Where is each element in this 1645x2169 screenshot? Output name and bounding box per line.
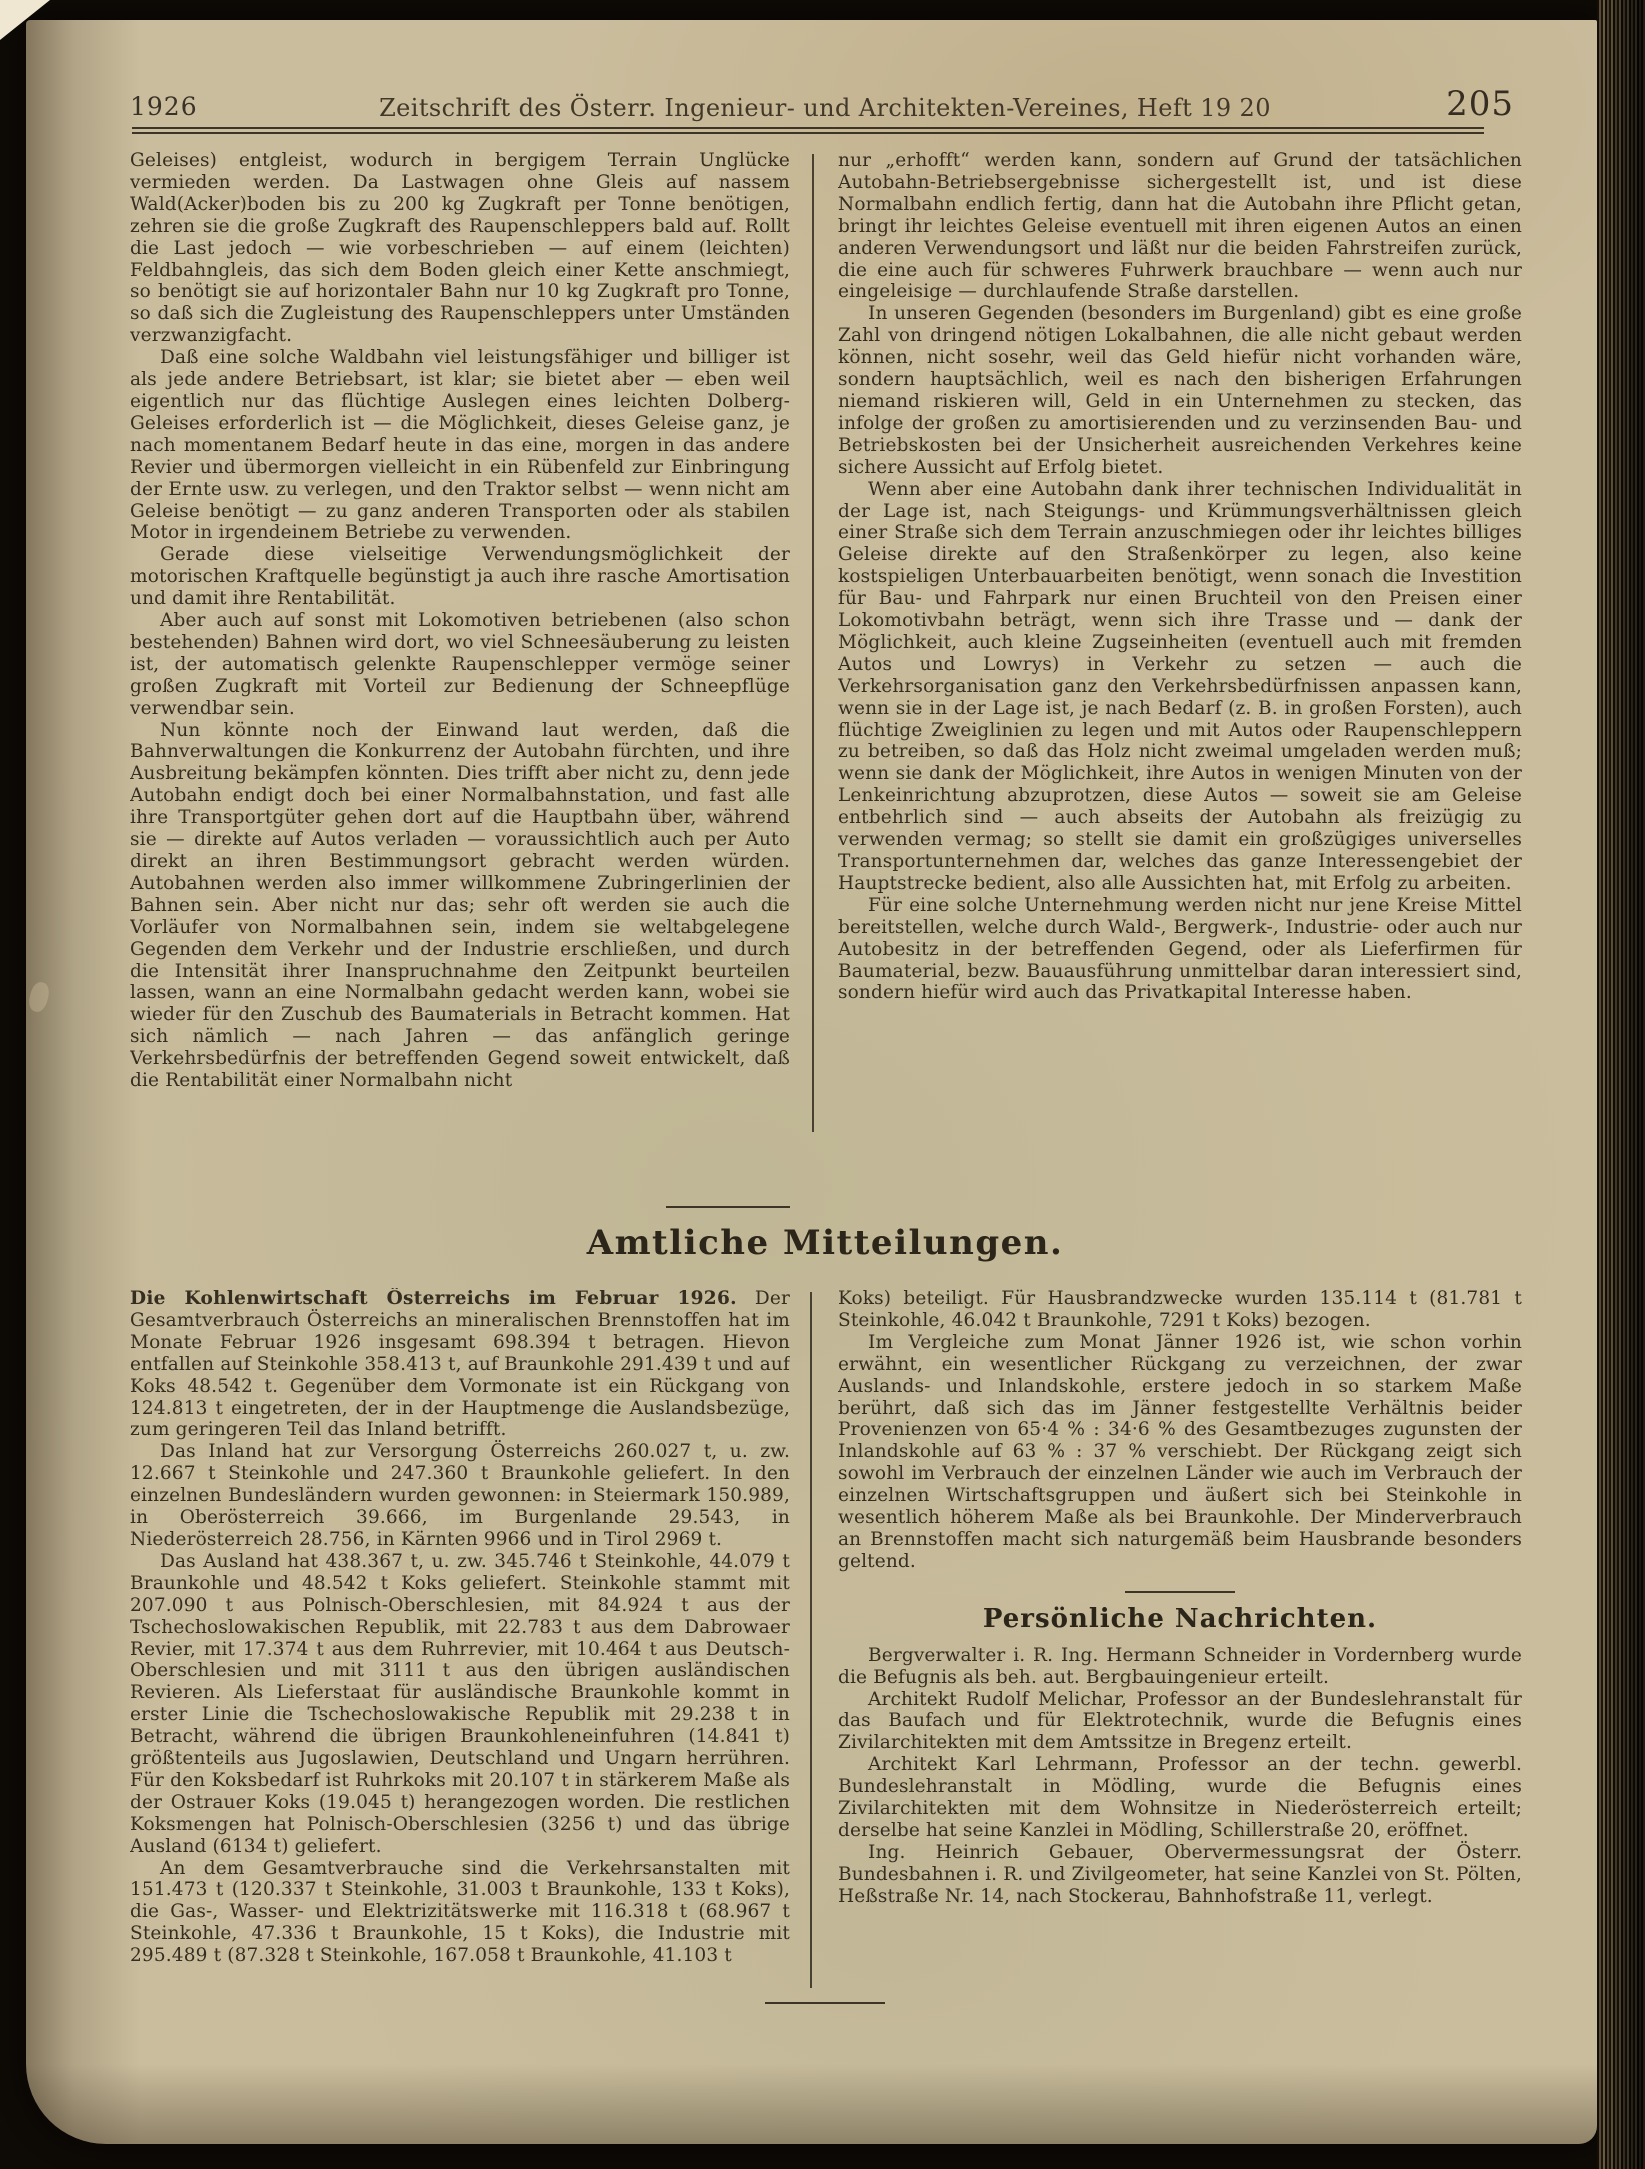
section-divider-rule <box>666 1206 790 1208</box>
article-paragraph: Geleises) entgleist, wodurch in bergigem… <box>130 150 790 347</box>
coal-report-paragraph: Die Kohlenwirtschaft Österreichs im Febr… <box>130 1288 790 1441</box>
coal-report-bold-lead: Die Kohlenwirtschaft Österreichs im Febr… <box>130 1288 737 1309</box>
page-end-divider-rule <box>765 2002 885 2004</box>
article-paragraph: nur „erhofft“ werden kann, sondern auf G… <box>838 150 1522 303</box>
personal-news-paragraph: Bergverwalter i. R. Ing. Hermann Schneid… <box>838 1645 1522 1689</box>
article-paragraph: Aber auch auf sonst mit Lokomotiven betr… <box>130 610 790 720</box>
coal-report-paragraph: Das Ausland hat 438.367 t, u. zw. 345.74… <box>130 1551 790 1858</box>
personal-news-paragraph: Architekt Rudolf Melichar, Professor an … <box>838 1689 1522 1755</box>
article-paragraph: Daß eine solche Waldbahn viel leistungsf… <box>130 347 790 544</box>
coal-report-text: Der Gesamtverbrauch Österreichs an miner… <box>130 1288 790 1440</box>
scanned-journal-page: 1926 Zeitschrift des Österr. Ingenieur- … <box>0 0 1645 2169</box>
book-fore-edge-texture <box>1597 0 1645 2169</box>
coal-report-paragraph: Koks) beteiligt. Für Hausbrandzwecke wur… <box>838 1288 1522 1332</box>
page-sheet: 1926 Zeitschrift des Österr. Ingenieur- … <box>26 20 1597 2144</box>
header-journal-title: Zeitschrift des Österr. Ingenieur- und A… <box>130 94 1520 122</box>
coal-report-paragraph: An dem Gesamtverbrauche sind die Verkehr… <box>130 1858 790 1968</box>
coal-report-paragraph: Im Vergleiche zum Monat Jänner 1926 ist,… <box>838 1332 1522 1573</box>
header-double-rule <box>132 127 1484 134</box>
column-divider-rule <box>810 1292 812 1988</box>
coal-report-right-column: Koks) beteiligt. Für Hausbrandzwecke wur… <box>838 1288 1522 2000</box>
section-heading-persoenliche-nachrichten: Persönliche Nachrichten. <box>838 1609 1522 1631</box>
section-heading-amtliche-mitteilungen: Amtliche Mitteilungen. <box>130 1223 1520 1263</box>
header-page-number: 205 <box>1446 84 1514 124</box>
personal-news-paragraph: Architekt Karl Lehrmann, Professor an de… <box>838 1754 1522 1842</box>
article-paragraph: Nun könnte noch der Einwand laut werden,… <box>130 720 790 1092</box>
coal-report-left-column: Die Kohlenwirtschaft Österreichs im Febr… <box>130 1288 790 2002</box>
subsection-divider-rule <box>1125 1591 1235 1593</box>
article-left-column: Geleises) entgleist, wodurch in bergigem… <box>130 150 790 1140</box>
article-paragraph: Wenn aber eine Autobahn dank ihrer techn… <box>838 479 1522 895</box>
column-divider-rule <box>812 154 814 1132</box>
article-right-column: nur „erhofft“ werden kann, sondern auf G… <box>838 150 1522 1140</box>
article-paragraph: In unseren Gegenden (besonders im Burgen… <box>838 303 1522 478</box>
article-paragraph: Gerade diese vielseitige Verwendungsmögl… <box>130 544 790 610</box>
coal-report-paragraph: Das Inland hat zur Versorgung Österreich… <box>130 1441 790 1551</box>
article-paragraph: Für eine solche Unternehmung werden nich… <box>838 895 1522 1005</box>
personal-news-paragraph: Ing. Heinrich Gebauer, Obervermessungsra… <box>838 1842 1522 1908</box>
